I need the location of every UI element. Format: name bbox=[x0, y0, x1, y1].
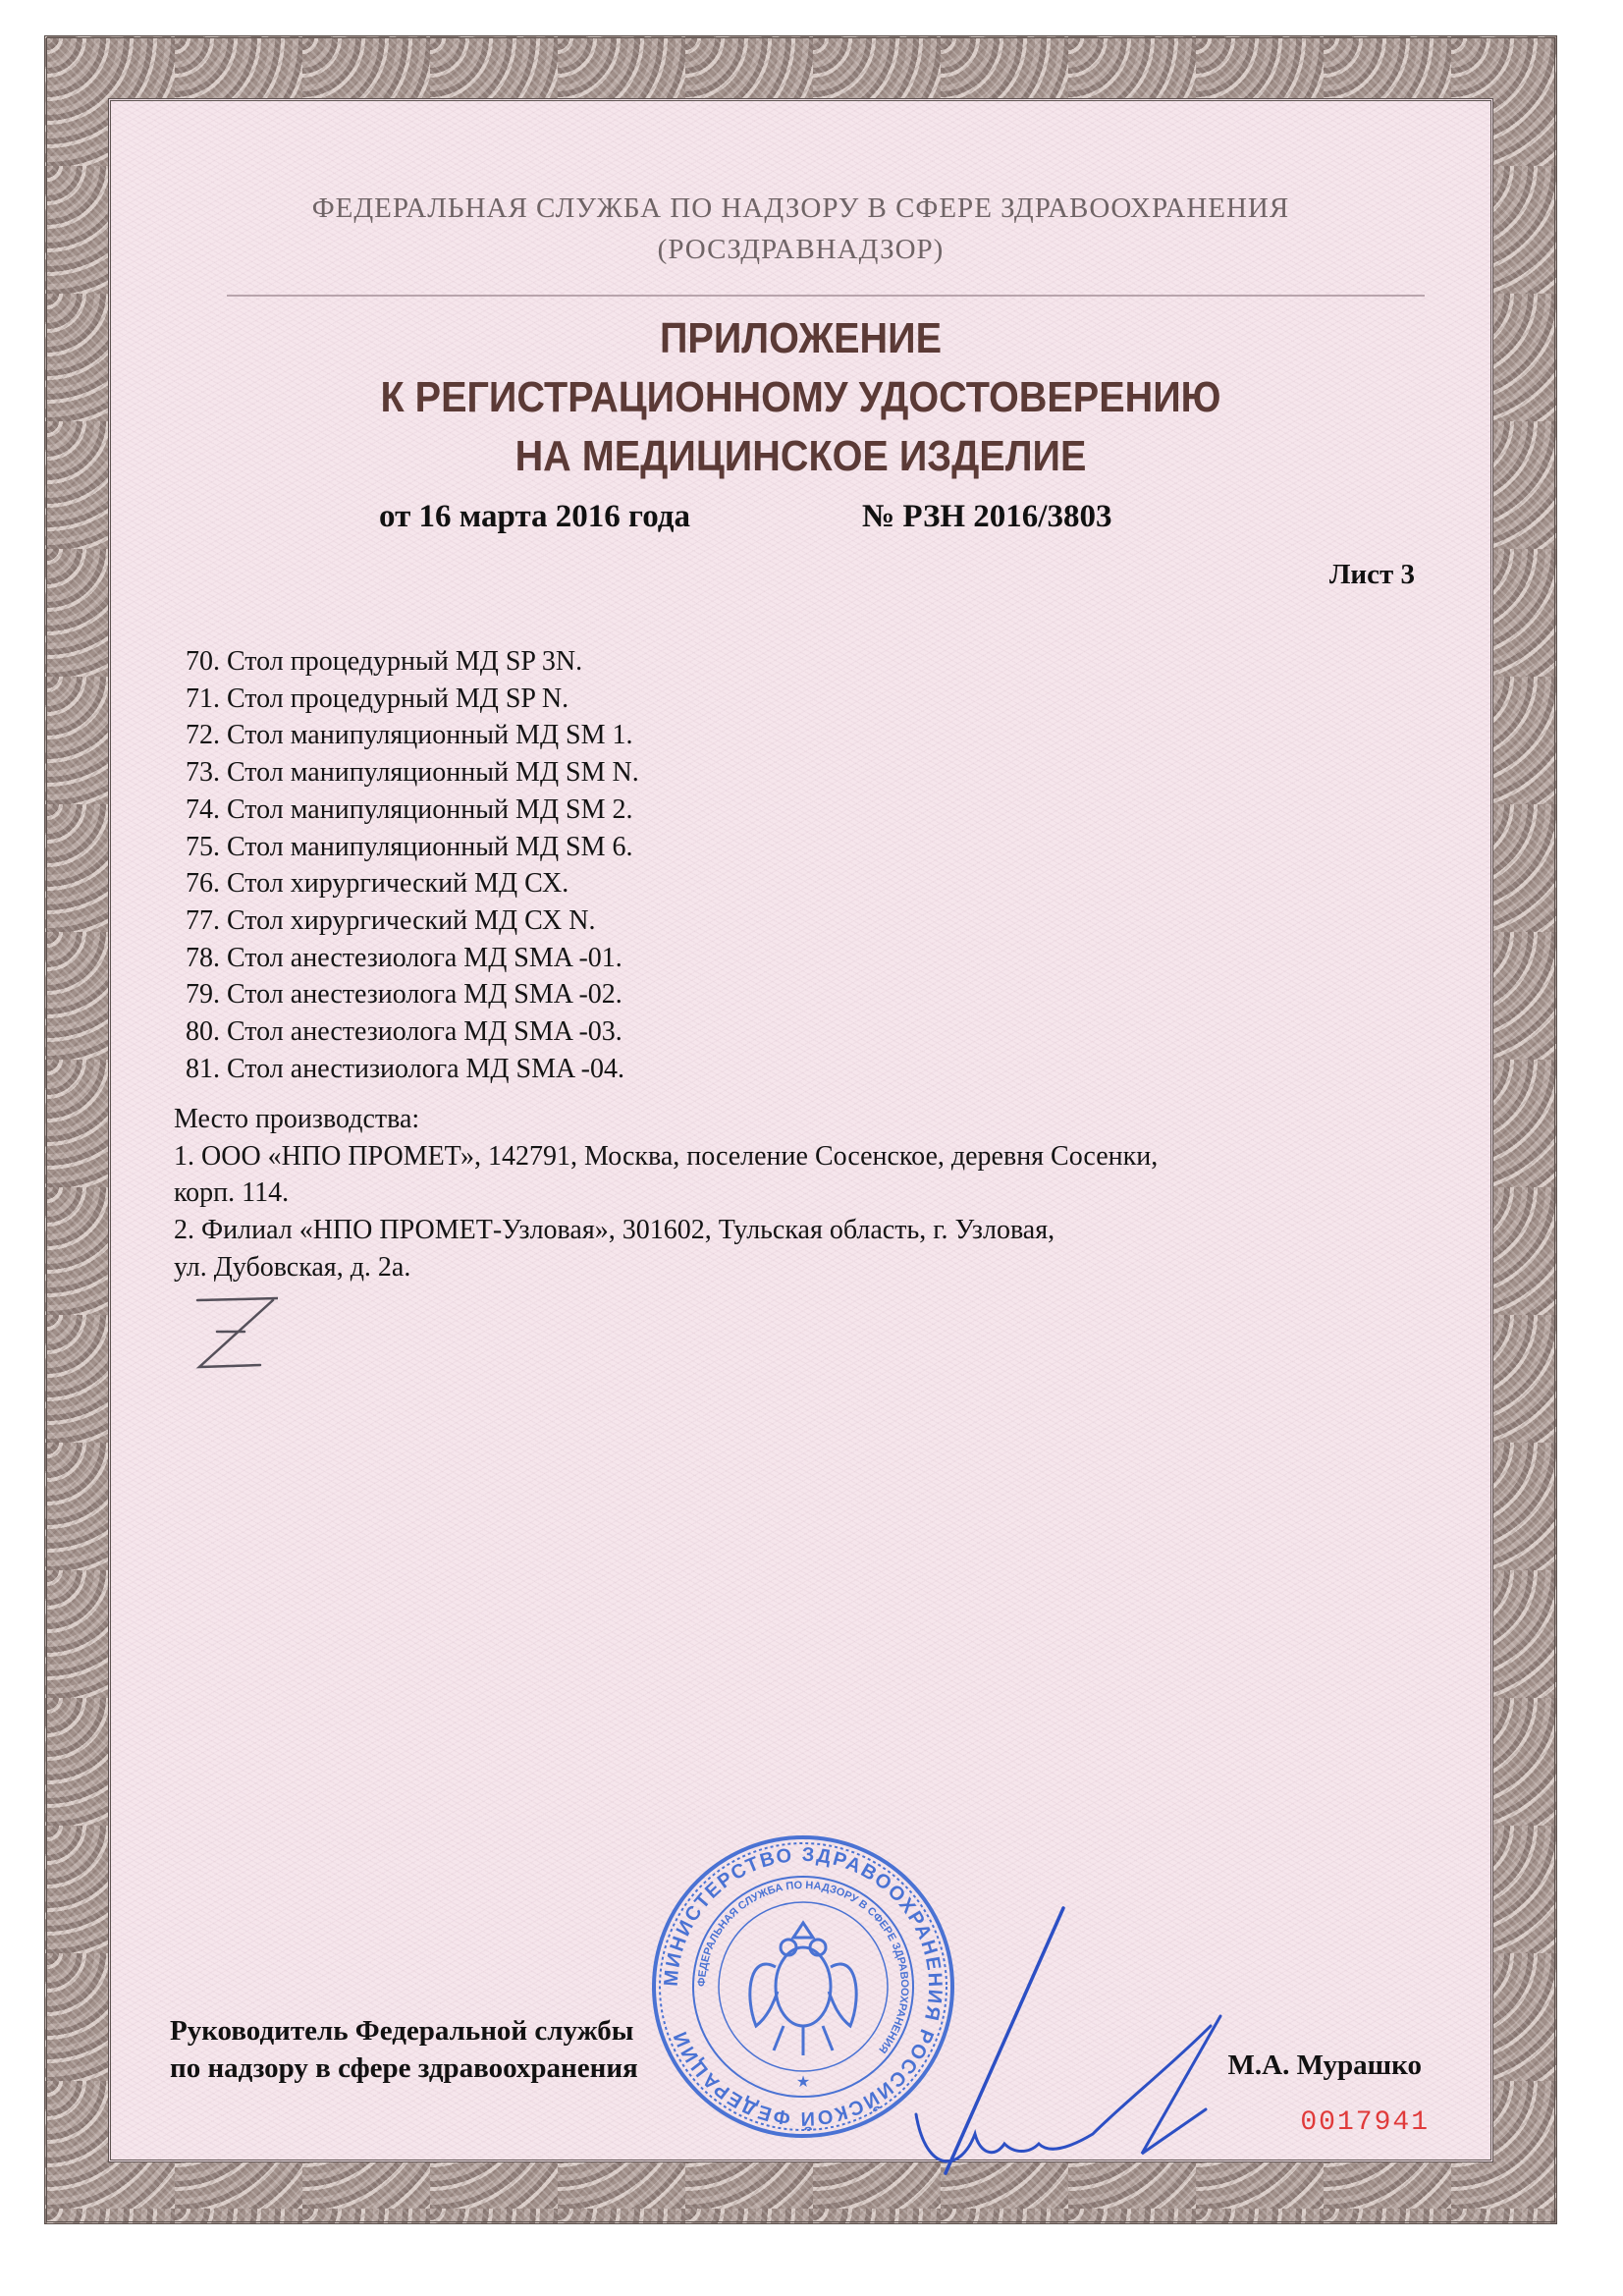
sheet-number: Лист 3 bbox=[1329, 559, 1415, 591]
signatory-line-2: по надзору в сфере здравоохранения bbox=[170, 2050, 638, 2087]
device-list-item: 76. Стол хирургический МД СХ. bbox=[178, 865, 639, 902]
device-list-item: 73. Стол манипуляционный МД SM N. bbox=[178, 754, 639, 792]
document-date: от 16 марта 2016 года bbox=[379, 499, 690, 535]
device-list-item: 79. Стол анестезиолога МД SMA -02. bbox=[178, 976, 639, 1013]
signatory-title: Руководитель Федеральной службы по надзо… bbox=[170, 2012, 638, 2087]
production-site-1-cont: корп. 114. bbox=[174, 1175, 1411, 1212]
device-list-item: 75. Стол манипуляционный МД SM 6. bbox=[178, 829, 639, 866]
production-site-1: 1. ООО «НПО ПРОМЕТ», 142791, Москва, пос… bbox=[174, 1138, 1411, 1175]
certificate-page: ФЕДЕРАЛЬНАЯ СЛУЖБА ПО НАДЗОРУ В СФЕРЕ ЗД… bbox=[108, 98, 1493, 2162]
title-line-3: НА МЕДИЦИНСКОЕ ИЗДЕЛИЕ bbox=[180, 427, 1422, 486]
production-label: Место производства: bbox=[174, 1101, 1411, 1138]
device-list-item: 72. Стол манипуляционный МД SM 1. bbox=[178, 717, 639, 754]
document-title: ПРИЛОЖЕНИЕ К РЕГИСТРАЦИОННОМУ УДОСТОВЕРЕ… bbox=[180, 309, 1422, 486]
device-list-item: 70. Стол процедурный МД SP 3N. bbox=[178, 643, 639, 681]
device-list: 70. Стол процедурный МД SP 3N.71. Стол п… bbox=[178, 643, 639, 1087]
title-line-2: К РЕГИСТРАЦИОННОМУ УДОСТОВЕРЕНИЮ bbox=[180, 368, 1422, 427]
serial-number: 0017941 bbox=[1300, 2107, 1430, 2138]
device-list-item: 80. Стол анестезиолога МД SMA -03. bbox=[178, 1013, 639, 1051]
device-list-item: 78. Стол анестезиолога МД SMA -01. bbox=[178, 940, 639, 977]
agency-abbreviation: (РОСЗДРАВНАДЗОР) bbox=[111, 229, 1490, 270]
signer-name: М.А. Мурашко bbox=[1228, 2050, 1423, 2082]
device-list-item: 81. Стол анестизиолога МД SMA -04. bbox=[178, 1051, 639, 1088]
header-separator bbox=[227, 295, 1425, 297]
device-list-item: 74. Стол манипуляционный МД SM 2. bbox=[178, 792, 639, 829]
title-line-1: ПРИЛОЖЕНИЕ bbox=[180, 309, 1422, 368]
registration-number: № РЗН 2016/3803 bbox=[862, 499, 1111, 535]
device-list-item: 77. Стол хирургический МД СХ N. bbox=[178, 902, 639, 940]
handwritten-z-mark bbox=[189, 1292, 278, 1381]
production-site-2: 2. Филиал «НПО ПРОМЕТ-Узловая», 301602, … bbox=[174, 1212, 1411, 1249]
production-sites: Место производства: 1. ООО «НПО ПРОМЕТ»,… bbox=[174, 1101, 1411, 1286]
device-list-item: 71. Стол процедурный МД SP N. bbox=[178, 681, 639, 718]
signature bbox=[798, 1859, 1289, 2183]
signatory-line-1: Руководитель Федеральной службы bbox=[170, 2012, 638, 2050]
production-site-2-cont: ул. Дубовская, д. 2а. bbox=[174, 1249, 1411, 1286]
agency-name: ФЕДЕРАЛЬНАЯ СЛУЖБА ПО НАДЗОРУ В СФЕРЕ ЗД… bbox=[111, 188, 1490, 229]
agency-header: ФЕДЕРАЛЬНАЯ СЛУЖБА ПО НАДЗОРУ В СФЕРЕ ЗД… bbox=[111, 188, 1490, 270]
